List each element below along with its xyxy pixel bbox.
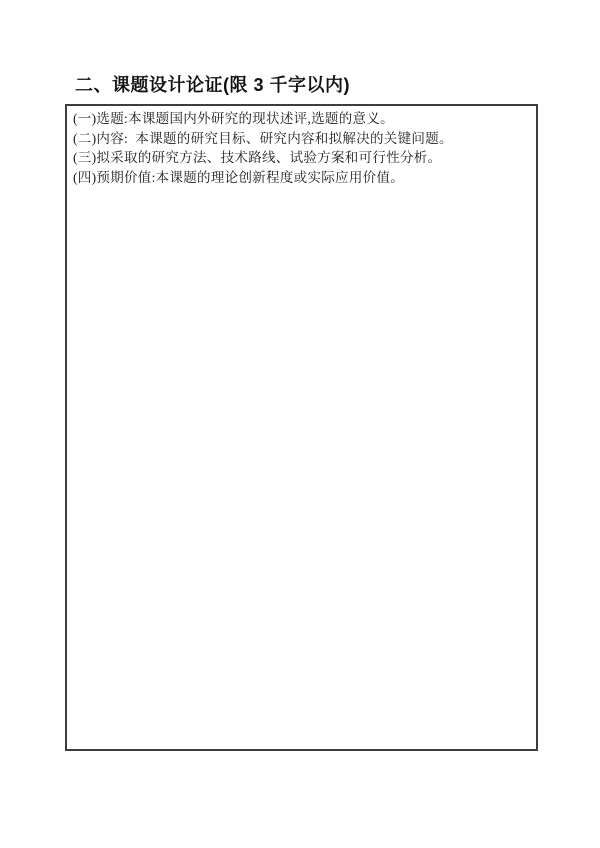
document-page: 二、课题设计论证(限 3 千字以内) (一)选题:本课题国内外研究的现状述评,选…: [0, 0, 600, 848]
guideline-item-3: (三)拟采取的研究方法、技术路线、试验方案和可行性分析。: [73, 148, 530, 168]
guideline-item-4: (四)预期价值:本课题的理论创新程度或实际应用价值。: [73, 168, 530, 188]
topic-design-argument-box: (一)选题:本课题国内外研究的现状述评,选题的意义。 (二)内容: 本课题的研究…: [65, 104, 538, 751]
guideline-item-2: (二)内容: 本课题的研究目标、研究内容和拟解决的关键问题。: [73, 129, 530, 149]
section-heading: 二、课题设计论证(限 3 千字以内): [75, 74, 350, 96]
guideline-item-1: (一)选题:本课题国内外研究的现状述评,选题的意义。: [73, 109, 530, 129]
